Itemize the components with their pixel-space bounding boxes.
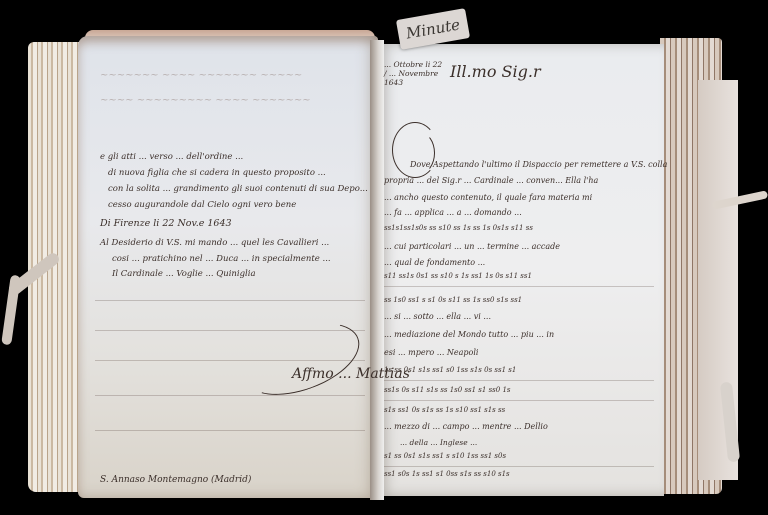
bleed-through-text: ~~~~~~~ ~~~~ ~~~~~~~ ~~~~~ — [100, 70, 302, 81]
cipher-row: ss1s 0s s11 s1s ss 1s0 ss1 s1 ss0 1s — [384, 386, 511, 394]
left-line-1: e gli atti ... verso ... dell'ordine ... — [100, 152, 243, 162]
rule-line — [384, 466, 654, 467]
rule-line — [384, 400, 654, 401]
right-line-9: esi ... mpero ... Neapoli — [384, 348, 478, 357]
rule-line — [95, 300, 365, 301]
right-line-3: ... ancho questo contenuto, il quale far… — [384, 193, 592, 202]
right-line-5: ... cui particolari ... un ... termine .… — [384, 242, 560, 251]
rule-line — [95, 430, 365, 431]
left-line-7: cosi ... pratichino nel ... Duca ... in … — [112, 254, 331, 264]
left-line-8: Il Cardinale ... Voglie ... Quiniglia — [112, 269, 256, 279]
rule-line — [95, 395, 365, 396]
cipher-row: s1 ss 0s1 s1s ss1 s s10 1ss ss1 s0s — [384, 452, 506, 460]
right-line-1: Dove Aspettando l'ultimo il Dispaccio pe… — [410, 160, 667, 169]
cipher-row: ss1s1ss1s0s ss s10 ss 1s ss 1s 0s1s s11 … — [384, 224, 533, 232]
left-dateline: Di Firenze li 22 Nov.e 1643 — [100, 218, 232, 229]
left-tie-ribbon-end — [1, 275, 21, 346]
left-footer-note: S. Annaso Montemagno (Madrid) — [100, 475, 251, 485]
right-line-6: ... qual de fondamento ... — [384, 258, 485, 267]
right-line-7: ... si ... sotto ... ella ... vi ... — [384, 312, 491, 321]
right-salutation: Ill.mo Sig.r — [450, 62, 541, 81]
cipher-row: ss 1s0 ss1 s s1 0s s11 ss 1s ss0 s1s ss1 — [384, 296, 522, 304]
right-line-11: ... della ... Inglese ... — [400, 438, 477, 447]
right-line-10: ... mezzo di ... campo ... mentre ... De… — [384, 422, 548, 431]
left-line-3: con la solita ... grandimento gli suoi c… — [108, 184, 368, 194]
right-line-2: propria ... del Sig.r ... Cardinale ... … — [384, 176, 598, 185]
left-line-6: Al Desiderio di V.S. mi mando ... quel l… — [100, 238, 329, 248]
rule-line — [384, 380, 654, 381]
cipher-row: s1s ss1 0s s1s ss 1s s10 ss1 s1s ss — [384, 406, 505, 414]
left-line-4: cesso augurandole dal Cielo ogni vero be… — [108, 200, 296, 210]
right-line-8: ... mediazione del Mondo tutto ... piu .… — [384, 330, 554, 339]
cipher-row: s11 ss1s 0s1 ss s10 s 1s ss1 1s 0s s11 s… — [384, 272, 532, 280]
book-gutter — [370, 40, 384, 500]
cipher-row: 1s ss 0s1 s1s ss1 s0 1ss s1s 0s ss1 s1 — [384, 366, 516, 374]
right-header-note: ... Ottobre li 22 / ... Novembre 1643 — [384, 60, 444, 87]
right-line-4: ... fa ... applica ... a ... domando ... — [384, 208, 522, 217]
cipher-row: ss1 s0s 1s ss1 s1 0ss s1s ss s10 s1s — [384, 470, 510, 478]
rule-line — [384, 286, 654, 287]
bleed-through-text: ~~~~ ~~~~~~~~~ ~~~~ ~~~~~~~ — [100, 95, 311, 106]
left-line-2: di nuova figlia che si cadera in questo … — [108, 168, 326, 178]
